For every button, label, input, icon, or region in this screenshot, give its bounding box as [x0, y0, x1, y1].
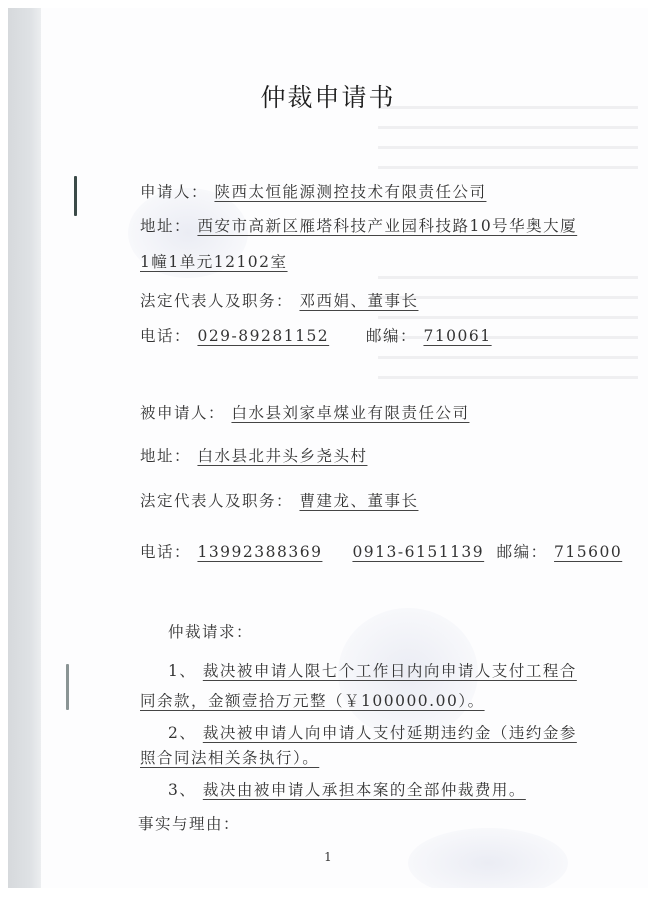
bleed-through-mark	[378, 316, 638, 319]
applicant-rep-label: 法定代表人及职务：	[140, 292, 293, 310]
claim-3-text: 裁决由被申请人承担本案的全部仲裁费用。	[203, 781, 526, 799]
bleed-through-mark	[378, 356, 638, 359]
applicant-address-label: 地址：	[140, 217, 191, 235]
respondent-phone-label: 电话：	[140, 543, 191, 561]
staple-mark	[74, 176, 77, 216]
respondent-postcode: 715600	[554, 543, 622, 561]
claim-2-number: 2、	[168, 724, 196, 742]
claim-2-line-2: 照合同法相关条执行）。	[140, 746, 319, 768]
applicant-address-cont: 1幢1单元12102室	[140, 253, 288, 271]
respondent-name: 白水县刘家卓煤业有限责任公司	[231, 404, 469, 422]
page-number: 1	[8, 850, 648, 864]
respondent-phone-mobile: 13992388369	[197, 543, 352, 561]
applicant-address: 西安市高新区雁塔科技产业园科技路10号华奥大厦	[197, 217, 577, 235]
applicant-postcode-label: 邮编：	[366, 327, 417, 345]
claim-1-text: 裁决被申请人限七个工作日内向申请人支付工程合	[203, 662, 577, 680]
applicant-address-line: 地址： 西安市高新区雁塔科技产业园科技路10号华奥大厦	[140, 214, 577, 236]
respondent-address-label: 地址：	[140, 447, 191, 465]
respondent-phone-landline: 0913-6151139	[352, 543, 484, 561]
respondent-postcode-label: 邮编：	[497, 543, 548, 561]
bleed-through-mark	[378, 376, 638, 379]
claims-heading: 仲裁请求：	[168, 620, 253, 642]
applicant-name: 陕西太恒能源测控技术有限责任公司	[214, 183, 486, 201]
claim-3-number: 3、	[168, 781, 196, 799]
staple-mark	[66, 664, 69, 710]
applicant-rep-line: 法定代表人及职务： 邓西娟、董事长	[140, 289, 418, 311]
applicant-address-line-2: 1幢1单元12102室	[140, 250, 288, 272]
claim-1-number: 1、	[168, 662, 196, 680]
claim-2-line-1: 2、 裁决被申请人向申请人支付延期违约金（违约金参	[168, 721, 577, 743]
claim-1-line-1: 1、 裁决被申请人限七个工作日内向申请人支付工程合	[168, 659, 577, 681]
applicant-rep: 邓西娟、董事长	[299, 292, 418, 310]
facts-heading: 事实与理由：	[138, 812, 240, 834]
scan-edge-strip	[8, 8, 41, 888]
respondent-address: 白水县北井头乡尧头村	[197, 447, 367, 465]
applicant-label: 申请人：	[140, 183, 208, 201]
bleed-through-mark	[378, 126, 638, 129]
claim-1-line-2: 同余款，金额壹拾万元整（￥100000.00）。	[140, 689, 485, 711]
document-title: 仲裁申请书	[8, 78, 648, 114]
respondent-rep: 曹建龙、董事长	[299, 492, 418, 510]
claim-2-text: 裁决被申请人向申请人支付延期违约金（违约金参	[203, 724, 577, 742]
applicant-phone-label: 电话：	[140, 327, 191, 345]
respondent-rep-label: 法定代表人及职务：	[140, 492, 293, 510]
applicant-postcode: 710061	[423, 327, 491, 345]
bleed-through-mark	[378, 146, 638, 149]
claim-3-line-1: 3、 裁决由被申请人承担本案的全部仲裁费用。	[168, 778, 526, 800]
applicant-phone: 029-89281152	[197, 327, 351, 345]
claim-2-text-cont: 照合同法相关条执行）。	[140, 749, 319, 767]
applicant-postcode-line: 邮编： 710061	[366, 324, 492, 346]
respondent-phone-line: 电话： 139923883690913-6151139 邮编： 715600	[140, 540, 622, 562]
bleed-through-mark	[378, 166, 638, 169]
respondent-label: 被申请人：	[140, 404, 225, 422]
respondent-address-line: 地址： 白水县北井头乡尧头村	[140, 444, 367, 466]
scanned-page: 仲裁申请书 申请人： 陕西太恒能源测控技术有限责任公司 地址： 西安市高新区雁塔…	[8, 8, 648, 888]
respondent-rep-line: 法定代表人及职务： 曹建龙、董事长	[140, 489, 418, 511]
applicant-line: 申请人： 陕西太恒能源测控技术有限责任公司	[140, 180, 486, 202]
bleed-through-mark	[378, 276, 638, 279]
claim-1-text-cont: 同余款，金额壹拾万元整（￥100000.00）。	[140, 692, 485, 710]
applicant-phone-line: 电话： 029-89281152	[140, 324, 351, 346]
respondent-line: 被申请人： 白水县刘家卓煤业有限责任公司	[140, 401, 469, 423]
